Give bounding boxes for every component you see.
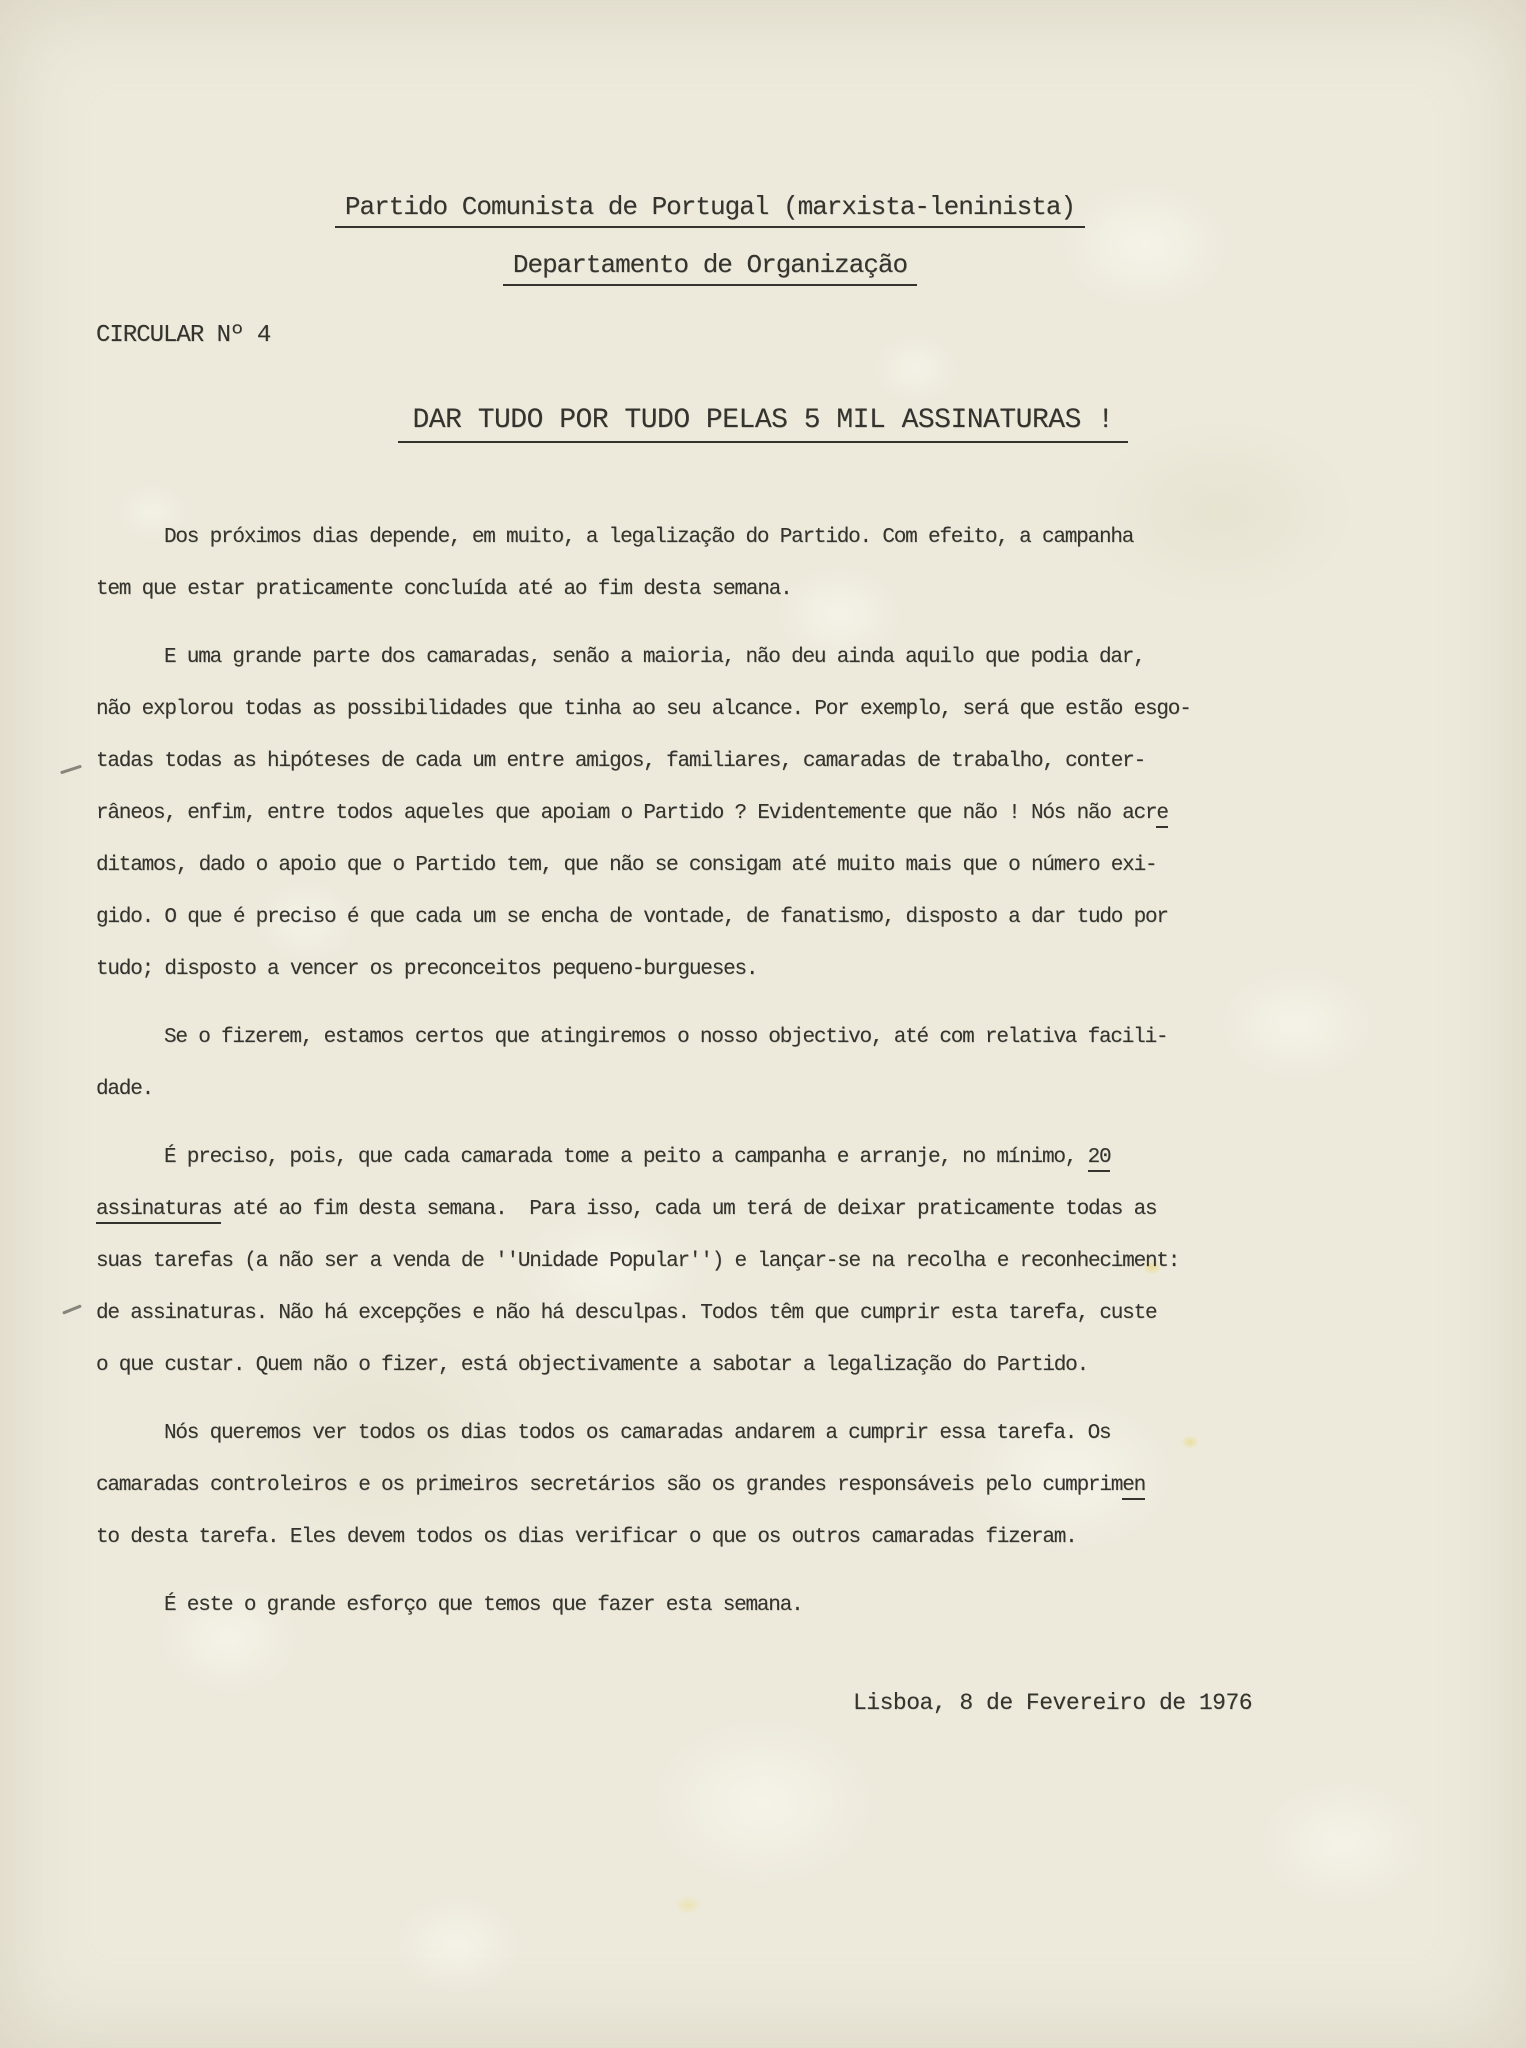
paragraph: E uma grande parte dos camaradas, senão … (96, 632, 1226, 996)
text-run: de assinaturas. Não há excepções e não h… (96, 1302, 1156, 1325)
circular-number: CIRCULAR Nº 4 (96, 322, 270, 349)
text-run: Se o fizerem, estamos certos que atingir… (164, 1026, 1167, 1049)
letterhead: Partido Comunista de Portugal (marxista-… (0, 192, 1420, 286)
org-department: Departamento de Organização (503, 250, 917, 286)
dateline: Lisboa, 8 de Fevereiro de 1976 (853, 1690, 1252, 1716)
text-run: Dos próximos dias depende, em muito, a l… (164, 526, 1133, 549)
text-run: tudo; disposto a vencer os preconceitos … (96, 958, 757, 981)
text-run: É preciso, pois, que cada camarada tome … (164, 1146, 1088, 1169)
underlined-text: assinaturas (96, 1198, 221, 1224)
text-run: não explorou todas as possibilidades que… (96, 698, 1191, 721)
text-run: râneos, enfim, entre todos aqueles que a… (96, 802, 1156, 825)
text-run: tem que estar praticamente concluída até… (96, 578, 792, 601)
document-title-row: DAR TUDO POR TUDO PELAS 5 MIL ASSINATURA… (0, 405, 1526, 443)
text-run: o que custar. Quem não o fizer, está obj… (96, 1354, 1088, 1377)
text-run: até ao fim desta semana. Para isso, cada… (221, 1198, 1156, 1221)
document-title: DAR TUDO POR TUDO PELAS 5 MIL ASSINATURA… (398, 405, 1127, 443)
paragraph: É este o grande esforço que temos que fa… (96, 1580, 1226, 1632)
stray-pen-mark (60, 765, 82, 775)
underlined-text: e (1156, 802, 1167, 828)
text-run: É este o grande esforço que temos que fa… (164, 1594, 803, 1617)
paragraph: É preciso, pois, que cada camarada tome … (96, 1132, 1226, 1392)
org-name-line: Partido Comunista de Portugal (marxista-… (0, 192, 1420, 228)
text-run: gido. O que é preciso é que cada um se e… (96, 906, 1168, 929)
text-run: to desta tarefa. Eles devem todos os dia… (96, 1526, 1077, 1549)
text-run: camaradas controleiros e os primeiros se… (96, 1474, 1122, 1497)
text-run: E uma grande parte dos camaradas, senão … (164, 646, 1145, 669)
underlined-text: en (1122, 1474, 1145, 1500)
text-run: Nós queremos ver todos os dias todos os … (164, 1422, 1110, 1445)
text-run: ditamos, dado o apoio que o Partido tem,… (96, 854, 1156, 877)
org-department-line: Departamento de Organização (0, 250, 1420, 286)
text-run: tadas todas as hipóteses de cada um entr… (96, 750, 1145, 773)
paragraph: Dos próximos dias depende, em muito, a l… (96, 512, 1226, 616)
stray-pen-mark (62, 1304, 82, 1314)
body-text: Dos próximos dias depende, em muito, a l… (96, 512, 1226, 1648)
scanned-document-page: Partido Comunista de Portugal (marxista-… (0, 0, 1526, 2048)
paragraph: Se o fizerem, estamos certos que atingir… (96, 1012, 1226, 1116)
text-run: suas tarefas (a não ser a venda de ''Uni… (96, 1250, 1179, 1273)
text-run: dade. (96, 1078, 153, 1101)
org-name: Partido Comunista de Portugal (marxista-… (335, 192, 1085, 228)
underlined-text: 20 (1088, 1146, 1111, 1172)
paragraph: Nós queremos ver todos os dias todos os … (96, 1408, 1226, 1564)
